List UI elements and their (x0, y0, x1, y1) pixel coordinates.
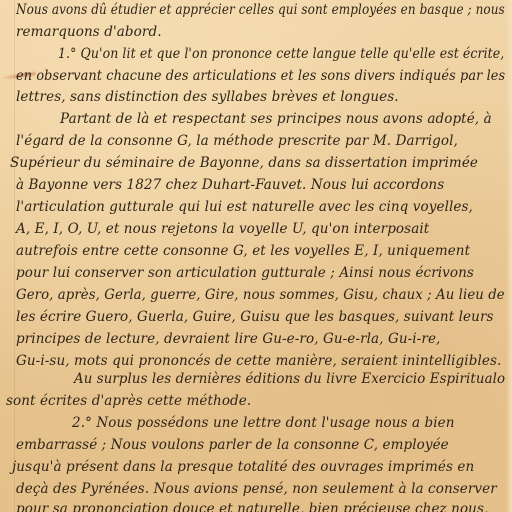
manuscript-line: Supérieur du séminaire de Bayonne, dans … (10, 155, 478, 171)
manuscript-line: Nous avons dû étudier et apprécier celle… (16, 2, 505, 18)
manuscript-line: Au surplus les dernières éditions du liv… (74, 371, 505, 387)
manuscript-line: l'articulation gutturale qui lui est nat… (16, 199, 473, 215)
manuscript-line: embarrassé ; Nous voulons parler de la c… (16, 437, 449, 453)
manuscript-line: jusqu'à présent dans la presque totalité… (12, 459, 474, 475)
manuscript-line: autrefois entre cette consonne G, et les… (16, 243, 470, 259)
manuscript-line: l'égard de la consonne G, la méthode pre… (16, 133, 458, 149)
manuscript-line: A, E, I, O, U, et nous rejetons la voyel… (16, 221, 429, 237)
manuscript-line: sont écrites d'après cette méthode. (6, 393, 251, 409)
manuscript-line: principes de lecture, devraient lire Gu-… (16, 331, 440, 347)
manuscript-line: les écrire Guero, Guerla, Guire, Guisu q… (16, 309, 494, 325)
manuscript-line: 2.° Nous possédons une lettre dont l'usa… (72, 415, 455, 431)
manuscript-line: remarquons d'abord. (16, 24, 162, 40)
manuscript-line: deçà des Pyrénées. Nous avions pensé, no… (16, 481, 497, 497)
manuscript-line: Gero, après, Gerla, guerre, Gire, nous s… (16, 287, 505, 303)
paper-edge (506, 0, 512, 512)
manuscript-line: à Bayonne vers 1827 chez Duhart-Fauvet. … (16, 177, 444, 193)
manuscript-line: Gu-i-su, mots qui prononcés de cette man… (16, 353, 501, 369)
manuscript-line: en observant chacune des articulations e… (16, 68, 505, 84)
manuscript-line: pour sa prononciation douce et naturelle… (16, 501, 488, 512)
manuscript-page: Nous avons dû étudier et apprécier celle… (0, 0, 512, 512)
manuscript-line: pour lui conserver son articulation gutt… (16, 265, 474, 281)
manuscript-line: lettres, sans distinction des syllabes b… (16, 89, 399, 105)
manuscript-line: Partant de là et respectant ses principe… (60, 111, 492, 127)
manuscript-line: 1.° Qu'on lit et que l'on prononce cette… (58, 46, 504, 62)
